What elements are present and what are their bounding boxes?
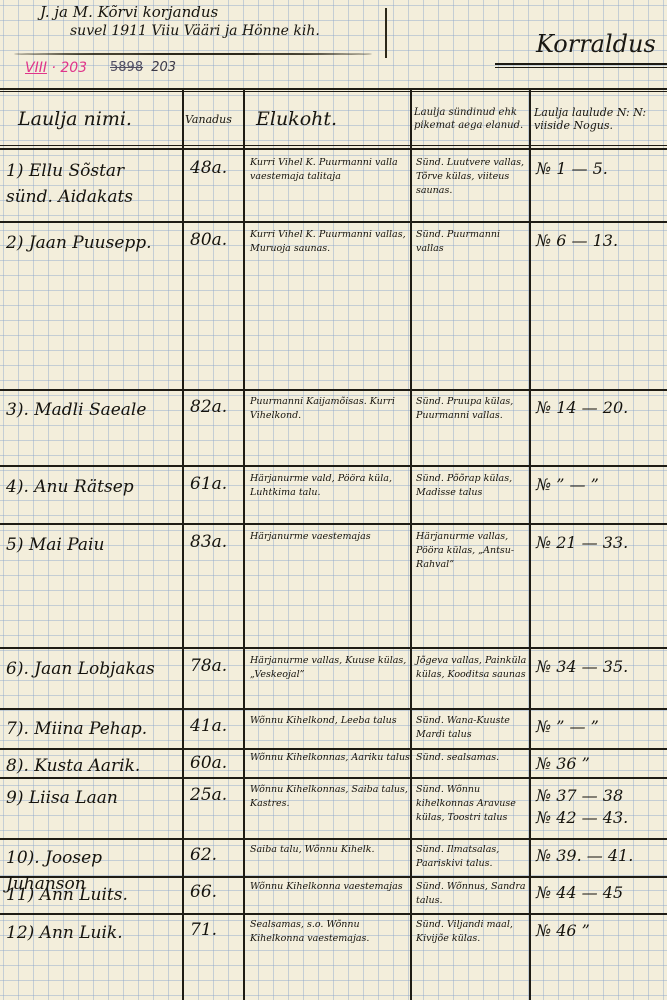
singer-birthplace: Sünd. Pruupa külas, Puurmanni vallas.	[416, 395, 528, 423]
header-bottom-rule-2	[0, 148, 667, 150]
song-numbers: № 46 ”	[536, 920, 666, 942]
new-page-number: 203	[151, 60, 176, 75]
singer-age: 66.	[190, 882, 240, 902]
singer-residence: Kurri Vihel K. Puurmanni valla vaestemaj…	[250, 156, 410, 184]
singer-age: 61a.	[190, 474, 240, 494]
column-divider	[243, 88, 245, 1000]
row-divider	[0, 708, 667, 710]
song-numbers: № 44 — 45	[536, 882, 666, 904]
singer-birthplace: Härjanurme vallas, Pööra külas, „Antsu-R…	[416, 530, 528, 572]
header-birthplace: Laulja sündinud ehk pikemat aega elanud.	[414, 92, 528, 146]
singer-residence: Härjanurme vaestemajas	[250, 530, 410, 544]
row-divider	[0, 465, 667, 467]
singer-residence: Härjanurme vallas, Kuuse külas, „Veskeoj…	[250, 654, 410, 682]
row-divider	[0, 523, 667, 525]
singer-birthplace: Sünd. Luutvere vallas, Tõrve külas, viit…	[416, 156, 528, 198]
singer-birthplace: Sünd. Wõnnu kihelkonnas Aravuse külas, T…	[416, 783, 528, 825]
singer-birthplace: Sünd. Põõrap külas, Madisse talus	[416, 472, 528, 500]
row-divider	[0, 389, 667, 391]
heading-underline-2	[495, 67, 667, 68]
singer-residence: Wõnnu Kihelkonna vaestemajas	[250, 880, 410, 894]
singer-name: 1) Ellu Sõstar sünd. Aidakats	[6, 158, 178, 210]
archive-stamp-roman: VIII	[25, 60, 47, 76]
annotation-underline	[14, 53, 372, 55]
header-songs: Laulja laulude N: N: viiside Nogus.	[534, 92, 666, 146]
collection-annotation: J. ja M. Kõrvi korjandus suvel 1911 Viiu…	[40, 2, 380, 40]
singer-birthplace: Sünd. Viljandi maal, Kivijõe külas.	[416, 918, 528, 946]
singer-residence: Wõnnu Kihelkond, Leeba talus	[250, 714, 410, 728]
old-page-number: 5898	[110, 60, 143, 75]
singer-name: 5) Mai Paiu	[6, 532, 178, 558]
singer-name: 12) Ann Luik.	[6, 920, 178, 946]
singer-name: 7). Miina Pehap.	[6, 716, 178, 742]
singer-residence: Härjanurme vald, Pööra küla, Luhtkima ta…	[250, 472, 410, 500]
row-divider	[0, 221, 667, 223]
archive-stamp: VIII · 203	[25, 60, 87, 76]
singer-name: 4). Anu Rätsep	[6, 474, 178, 500]
singer-age: 48a.	[190, 158, 240, 178]
singer-age: 71.	[190, 920, 240, 940]
column-divider	[529, 88, 531, 1000]
singer-age: 25a.	[190, 785, 240, 805]
page-number-stamp: 5898 203	[110, 60, 176, 75]
singer-birthplace: Sünd. Wana-Kuuste Mardi talus	[416, 714, 528, 742]
singer-age: 78a.	[190, 656, 240, 676]
singer-residence: Wõnnu Kihelkonnas, Aariku talus	[250, 751, 410, 765]
singer-name: 11) Ann Luits.	[6, 882, 178, 908]
singer-age: 62.	[190, 845, 240, 865]
song-numbers: № ” — ”	[536, 474, 666, 496]
singer-name: 9) Liisa Laan	[6, 785, 178, 811]
singer-age: 83a.	[190, 532, 240, 552]
row-divider	[0, 748, 667, 750]
singer-residence: Kurri Vihel K. Puurmanni vallas, Muruoja…	[250, 228, 410, 256]
annotation-line-1: J. ja M. Kõrvi korjandus	[40, 2, 380, 22]
song-numbers: № ” — ”	[536, 716, 666, 738]
header-residence: Elukoht.	[256, 92, 406, 146]
heading-underline	[495, 63, 667, 65]
singer-age: 41a.	[190, 716, 240, 736]
singer-residence: Wõnnu Kihelkonnas, Saiba talus, Kastres.	[250, 783, 410, 811]
header-name: Laulja nimi.	[18, 92, 178, 146]
singer-residence: Saiba talu, Wõnnu Kihelk.	[250, 843, 410, 857]
song-numbers: № 1 — 5.	[536, 158, 666, 180]
singer-residence: Sealsamas, s.o. Wõnnu Kihelkonna vaestem…	[250, 918, 410, 946]
row-divider	[0, 647, 667, 649]
singer-birthplace: Sünd. sealsamas.	[416, 751, 528, 765]
table-top-rule	[0, 88, 667, 90]
singer-residence: Puurmanni Kaijamõisas. Kurri Vihelkond.	[250, 395, 410, 423]
page-heading: Korraldus	[536, 30, 656, 58]
singer-name: 2) Jaan Puusepp.	[6, 230, 178, 256]
singer-age: 60a.	[190, 753, 240, 773]
singer-birthplace: Sünd. Ilmatsalas, Paariskivi talus.	[416, 843, 528, 871]
song-numbers: № 21 — 33.	[536, 532, 666, 554]
singer-birthplace: Sünd. Wõnnus, Sandra talus.	[416, 880, 528, 908]
annotation-bar	[385, 8, 387, 58]
song-numbers: № 14 — 20.	[536, 397, 666, 419]
singer-name: 6). Jaan Lobjakas	[6, 656, 178, 682]
song-numbers: № 39. — 41.	[536, 845, 666, 867]
column-divider	[410, 88, 412, 1000]
archive-stamp-number: 203	[60, 60, 87, 76]
column-divider	[182, 88, 184, 1000]
row-divider	[0, 913, 667, 915]
singer-birthplace: Jõgeva vallas, Painküla külas, Kooditsa …	[416, 654, 528, 682]
song-numbers: № 34 — 35.	[536, 656, 666, 678]
singer-age: 80a.	[190, 230, 240, 250]
song-numbers: № 37 — 38 № 42 — 43.	[536, 785, 666, 829]
singer-name: 3). Madli Saeale	[6, 397, 178, 423]
song-numbers: № 6 — 13.	[536, 230, 666, 252]
singer-age: 82a.	[190, 397, 240, 417]
singer-name: 8). Kusta Aarik.	[6, 753, 178, 779]
singer-birthplace: Sünd. Puurmanni vallas	[416, 228, 528, 256]
song-numbers: № 36 ”	[536, 753, 666, 775]
header-age: Vanadus	[185, 92, 243, 146]
row-divider	[0, 838, 667, 840]
annotation-line-2: suvel 1911 Viiu Vääri ja Hönne kih.	[70, 22, 380, 40]
